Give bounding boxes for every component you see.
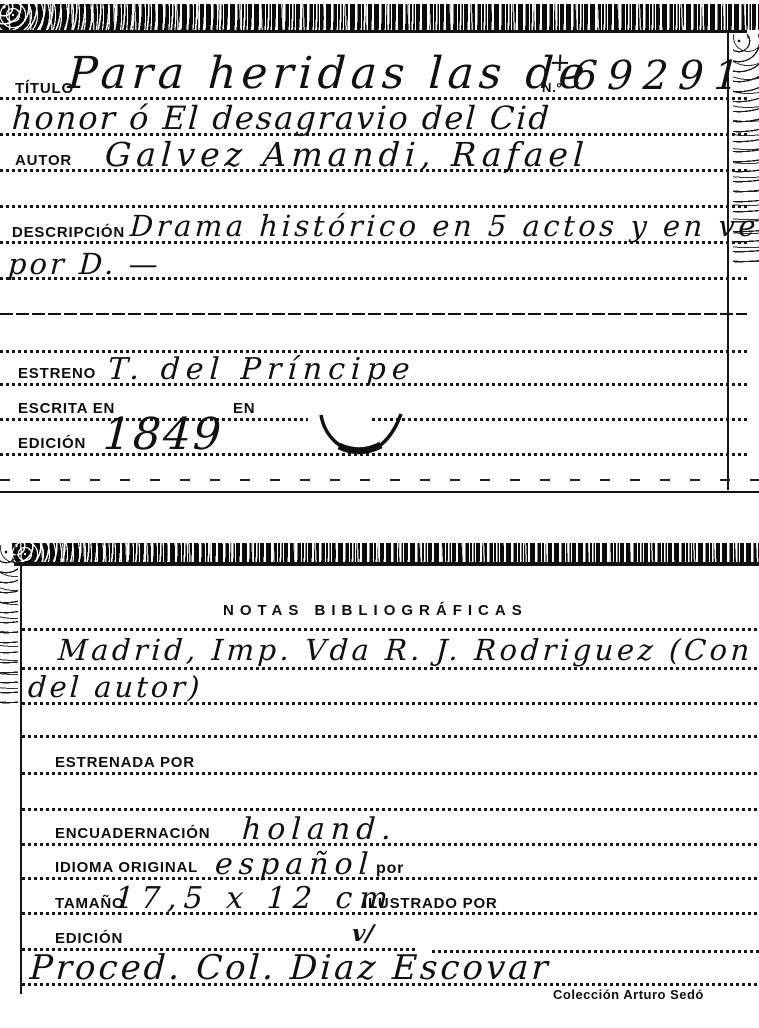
escrita-en-label: ESCRITA EN xyxy=(18,401,115,416)
por-label: por xyxy=(376,861,404,877)
card-right-border xyxy=(727,33,729,490)
ruled-line xyxy=(372,418,747,421)
scan-noise-left-margin xyxy=(0,545,18,705)
notas-value-line2: del autor) xyxy=(27,673,203,702)
titulo-value-line2: honor ó El desagravio del Cid xyxy=(11,102,552,134)
catalog-card-scan: TÍTULO AUTOR DESCRIPCIÓN ESTRENO ESCRITA… xyxy=(0,0,759,1028)
card-top-edge xyxy=(14,562,759,566)
ruled-line xyxy=(22,628,759,631)
collection-stamp: Colección Arturo Sedó xyxy=(553,988,704,1001)
number-value: 69291 xyxy=(571,56,750,96)
autor-value: Galvez Amandi, Rafael xyxy=(104,138,589,171)
notas-value-line1: Madrid, Imp. Vda R. J. Rodriguez (Con au… xyxy=(57,636,759,665)
ruled-line xyxy=(22,877,759,880)
idioma-original-label: IDIOMA ORIGINAL xyxy=(55,860,198,875)
scan-noise-band-top xyxy=(0,4,759,30)
punch-hole-arc xyxy=(303,400,423,470)
edicion-value: 1849 xyxy=(102,413,224,457)
edicion-check-mark: v/ xyxy=(351,922,374,945)
titulo-label: TÍTULO xyxy=(15,81,74,96)
procedencia-value: Proced. Col. Diaz Escovar xyxy=(29,951,552,985)
descripcion-value-line2: por D. — xyxy=(7,250,161,279)
ruled-line xyxy=(22,735,759,738)
idioma-original-value: español xyxy=(214,850,375,880)
en-label: EN xyxy=(233,401,255,416)
autor-label: AUTOR xyxy=(15,153,72,168)
card-top-edge xyxy=(0,30,747,33)
estreno-label: ESTRENO xyxy=(18,366,96,381)
ruled-line xyxy=(0,313,747,315)
encuadernacion-label: ENCUADERNACIÓN xyxy=(55,826,210,841)
descripcion-value-line1: Drama histórico en 5 actos y en verso xyxy=(129,212,759,241)
tamano-value: 17,5 x 12 cm xyxy=(114,884,395,914)
descripcion-label: DESCRIPCIÓN xyxy=(12,225,125,240)
estrenada-por-label: ESTRENADA POR xyxy=(55,755,195,770)
titulo-value-line1: Para heridas las de xyxy=(67,52,591,96)
card-bottom-edge xyxy=(0,491,759,493)
edicion-back-label: EDICIÓN xyxy=(55,931,123,946)
notas-header: NOTAS BIBLIOGRÁFICAS xyxy=(223,603,528,618)
scan-noise-band-middle xyxy=(12,543,759,563)
ruled-line xyxy=(0,479,759,481)
edicion-label: EDICIÓN xyxy=(18,436,86,451)
ruled-line xyxy=(0,205,747,208)
encuadernacion-value: holand. xyxy=(241,815,398,845)
ruled-line xyxy=(22,772,759,775)
ruled-line xyxy=(22,808,759,811)
estreno-value: T. del Príncipe xyxy=(107,355,416,385)
